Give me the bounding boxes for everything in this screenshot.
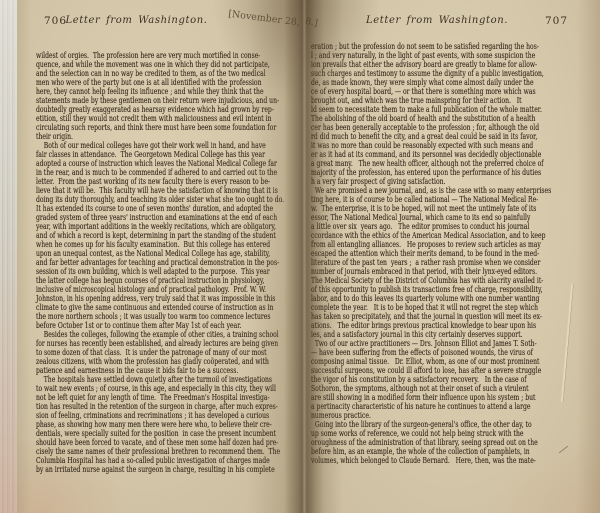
text-line: Sothoron, the symptoms, although not at … [311, 384, 600, 393]
text-line: ld seem to necessitate them to make a fu… [311, 105, 600, 114]
text-line: de, as made known, they were simply what… [311, 78, 600, 87]
text-line: Two of our active practitioners — Drs. J… [311, 339, 600, 348]
text-line: graded system of three years' instructio… [36, 213, 304, 222]
text-line: men who were of the party but one is at … [36, 78, 304, 87]
text-line: should have been forced to vacate, and o… [36, 438, 304, 447]
text-line: quence, and while the movement was one i… [36, 60, 304, 69]
text-line: their origin. [36, 132, 304, 141]
text-line: ting here, it is of course to be called … [311, 195, 600, 204]
text-line: rd did much to benefit the city, and a g… [311, 132, 600, 141]
text-line: Going into the library of the surgeon-ge… [311, 420, 600, 429]
text-line: it was no more than could be reasonably … [311, 141, 600, 150]
text-line: circulating such reports, and think ther… [36, 123, 304, 132]
text-line: essor, The National Medical Journal, whi… [311, 213, 600, 222]
text-line: up some works of reference, we could not… [311, 429, 600, 438]
text-line: phase, as showing how many men there wer… [36, 420, 304, 429]
text-line: before October 1st or to continue them a… [36, 321, 304, 330]
text-line: the more northern schools ; it was usual… [36, 312, 304, 321]
left-page-header: 706 Letter from Washington. [November 28… [17, 0, 304, 34]
text-line: a little over six years ago. The editor … [311, 222, 600, 231]
text-line: inclusive of microscopical histology and… [36, 285, 304, 294]
text-line: It has extended its course to one of sev… [36, 204, 304, 213]
text-line: dentials, were specially suited for the … [36, 429, 304, 438]
text-line: eration ; but the profession do not seem… [311, 42, 600, 51]
text-line: cisely the same names of their professio… [36, 447, 304, 456]
text-line: upon an unequal contest, as the National… [36, 249, 304, 258]
text-line: literature of the past ten years ; a rat… [311, 258, 600, 267]
text-line: year, with important additions in the we… [36, 222, 304, 231]
text-line: letter. From the past working of its new… [36, 177, 304, 186]
text-line: cer has been generally acceptable to the… [311, 123, 600, 132]
text-line: We are promised a new journal, and, as i… [311, 186, 600, 195]
text-line: Johnston, in his opening address, very t… [36, 294, 304, 303]
text-line: ccordance with the ethics of the America… [311, 231, 600, 240]
text-line: — have been suffering from the effects o… [311, 348, 600, 357]
text-line: ations. The editor brings previous pract… [311, 321, 600, 330]
text-line: the vigor of his constitution by a satis… [311, 375, 600, 384]
text-line: Columbia Hospital has had a so-called pu… [36, 456, 304, 465]
text-line: not be left quiet for any length of time… [36, 393, 304, 402]
text-line: and the selection can in no way be credi… [36, 69, 304, 78]
text-line: are still showing in a modified form the… [311, 393, 600, 402]
text-line: labor, and to do this leaves its quarter… [311, 294, 600, 303]
text-line: zealous citizens, with whom the professi… [36, 357, 304, 366]
text-line: the latter college has begun courses of … [36, 276, 304, 285]
text-line: from all entangling alliances. He propos… [311, 240, 600, 249]
text-line: The abolishing of the old board of healt… [311, 114, 600, 123]
text-line: ies, and a satisfactory journal in this … [311, 330, 600, 339]
text-line: of this opportunity to publish its trans… [311, 285, 600, 294]
text-line: in the rear, and is much to be commended… [36, 168, 304, 177]
text-line: for nurses has recently been established… [36, 339, 304, 348]
right-page-text: eration ; but the profession do not seem… [311, 42, 600, 465]
text-line: etition, still they would not credit the… [36, 114, 304, 123]
text-line: ce of every hospital board, — or that th… [311, 87, 600, 96]
text-line: successful surgeons, we could ill afford… [311, 366, 600, 375]
right-page: 8.] Letter from Washington. 707 eration … [304, 0, 600, 513]
text-line: doing its duty thoroughly, and teaching … [36, 195, 304, 204]
text-line: fair classes in attendance. The Georgeto… [36, 150, 304, 159]
text-line: and far better advantages for teaching a… [36, 258, 304, 267]
text-line: here, they cannot help feeling its influ… [36, 87, 304, 96]
text-line: majority of the profession, has entered … [311, 168, 600, 177]
left-page: 706 Letter from Washington. [November 28… [17, 0, 304, 513]
text-line: tion has resulted in the retention of th… [36, 402, 304, 411]
text-line: brought out, and which was the true main… [311, 96, 600, 105]
text-line: doubtedly greatly exaggerated as hearsay… [36, 105, 304, 114]
text-line: composing animal tissue. Dr. Elliot, who… [311, 357, 600, 366]
text-line: er as it had at its command, and its per… [311, 150, 600, 159]
text-line: adopted a course of instruction which le… [36, 159, 304, 168]
text-line: complete the year. It is to be hoped tha… [311, 303, 600, 312]
text-line: by an irritated nurse against the surgeo… [36, 465, 304, 474]
text-line: climate to give the same continuous and … [36, 303, 304, 312]
text-line: oroughness of the administration of that… [311, 438, 600, 447]
text-line: lieve that it will be. This faculty will… [36, 186, 304, 195]
text-line: ion prevails that either the advisory bo… [311, 60, 600, 69]
text-line: before him, as an example, the whole of … [311, 447, 600, 456]
text-line: such charges and testimony to assume the… [311, 69, 600, 78]
text-line: Besides the colleges, following the exam… [36, 330, 304, 339]
text-line: numerous practice. [311, 411, 600, 420]
text-line: when he comes up for his faculty examina… [36, 240, 304, 249]
right-page-header: 8.] Letter from Washington. 707 [304, 0, 600, 34]
text-line: has taken so precipitately, and that the… [311, 312, 600, 321]
text-line: l ; and very naturally, in the light of … [311, 51, 600, 60]
page-edges [0, 0, 17, 513]
text-line: wildest of orgies. The profession here a… [36, 51, 304, 60]
text-line: h a very fair prospect of giving satisfa… [311, 177, 600, 186]
page-number-right: 707 [545, 15, 568, 27]
text-line: Both of our medical colleges have got th… [36, 141, 304, 150]
text-line: sion of feeling, criminations and recrim… [36, 411, 304, 420]
text-line: volumes, which belonged to Claude Bernar… [311, 456, 600, 465]
text-line: statements made by these gentlemen on th… [36, 96, 304, 105]
text-line: to some dozen of that class. It is under… [36, 348, 304, 357]
text-line: The Medical Society of the District of C… [311, 276, 600, 285]
text-line: a pertinacity characteristic of his natu… [311, 402, 600, 411]
text-line: a great many. The new health officer, al… [311, 159, 600, 168]
text-line: w. The enterprise, it is to be hoped, wi… [311, 204, 600, 213]
text-line: escaped the attention which their merits… [311, 249, 600, 258]
text-line: to wait new events ; of course, in this … [36, 384, 304, 393]
text-line: and of which a record is kept, determini… [36, 231, 304, 240]
text-line: The hospitals have settled down quietly … [36, 375, 304, 384]
text-line: number of journals embraced in that peri… [311, 267, 600, 276]
book-spread: 706 Letter from Washington. [November 28… [0, 0, 600, 513]
text-line: patience and earnestness in the cause it… [36, 366, 304, 375]
left-page-text: wildest of orgies. The profession here a… [36, 51, 304, 474]
text-line: session of its own building, which is we… [36, 267, 304, 276]
